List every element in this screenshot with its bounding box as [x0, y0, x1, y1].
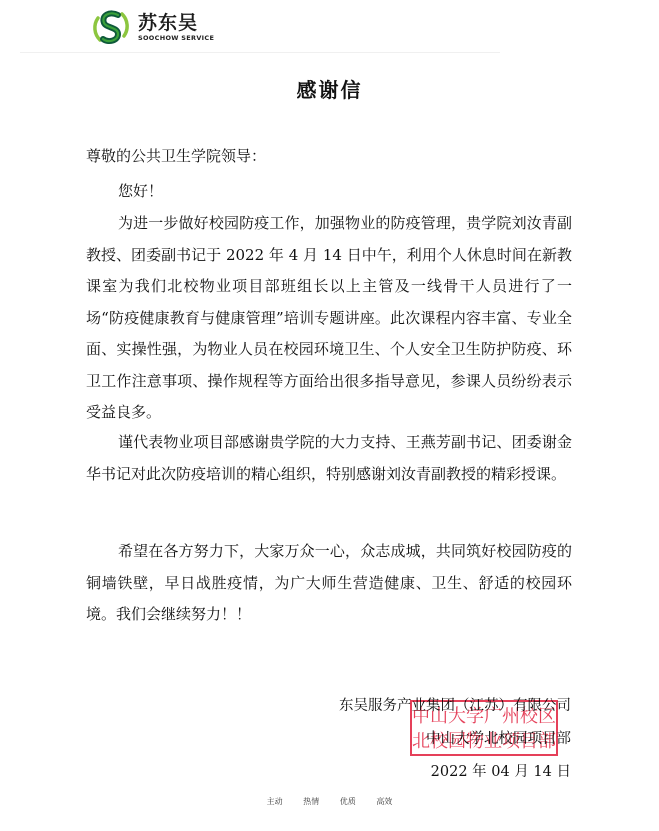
- motto-item: 热情: [303, 797, 319, 806]
- salutation: 尊敬的公共卫生学院领导：: [86, 145, 266, 166]
- stamp-line-1: 中山大学广州校区: [412, 704, 556, 729]
- signature-date: 2022 年 04 月 14 日: [431, 760, 571, 781]
- footer-motto: 主动 热情 优质 高效: [0, 796, 659, 807]
- soochow-s-logo-icon: [90, 6, 132, 48]
- letter-title: 感谢信: [0, 74, 659, 103]
- company-logo: 苏东吴 SOOCHOW SERVICE: [90, 6, 220, 48]
- header-divider: [20, 52, 500, 53]
- body-paragraph-1: 为进一步做好校园防疫工作，加强物业的防疫管理，贵学院刘汝青副教授、团委副书记于 …: [86, 208, 572, 429]
- stamp-line-2: 北校园物业项目部: [412, 729, 556, 754]
- motto-item: 高效: [376, 797, 392, 806]
- body-paragraph-2: 谨代表物业项目部感谢贵学院的大力支持、王燕芳副书记、团委谢金华书记对此次防疫培训…: [86, 427, 572, 490]
- letter-page: 苏东吴 SOOCHOW SERVICE 感谢信 尊敬的公共卫生学院领导： 您好！…: [0, 0, 659, 831]
- body-paragraph-3: 希望在各方努力下，大家万众一心，众志成城，共同筑好校园防疫的铜墙铁壁，早日战胜疫…: [86, 536, 572, 631]
- motto-item: 优质: [340, 797, 356, 806]
- logo-text: 苏东吴 SOOCHOW SERVICE: [138, 12, 214, 42]
- greeting: 您好！: [118, 180, 163, 201]
- logo-name-cn: 苏东吴: [138, 12, 214, 34]
- logo-name-en: SOOCHOW SERVICE: [138, 34, 214, 42]
- official-stamp: 中山大学广州校区 北校园物业项目部: [410, 700, 558, 756]
- motto-item: 主动: [267, 797, 283, 806]
